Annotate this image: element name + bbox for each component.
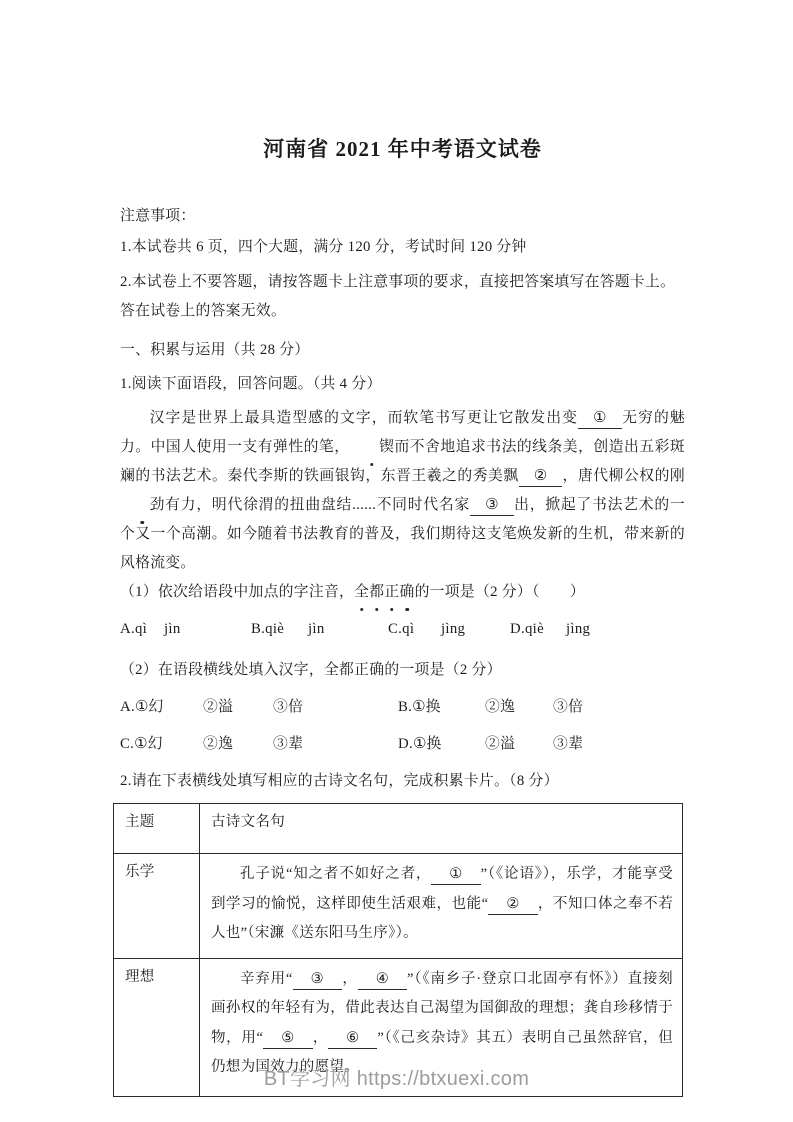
- option-c-label: C.qì: [388, 615, 441, 644]
- blank-underline: ③: [293, 969, 342, 990]
- blank-underline: ⑤: [263, 1028, 312, 1049]
- option-a2: ②溢: [203, 693, 273, 722]
- question1-intro: 1.阅读下面语段，回答问题。（共 4 分）: [120, 370, 685, 399]
- option-d2: ②溢: [485, 730, 553, 759]
- accumulation-card-table: 主题 古诗文名句 乐学 孔子说“知之者不如好之者，①”（《论语》），乐学，才能享…: [113, 803, 683, 1097]
- content-cell: 孔子说“知之者不如好之者，①”（《论语》），乐学，才能享受到学习的愉悦，这样即使…: [200, 854, 683, 959]
- notice-item-1: 1.本试卷共 6 页，四个大题，满分 120 分，考试时间 120 分钟: [120, 233, 685, 262]
- emphasis-dot-char: 劲: [120, 491, 165, 520]
- page-title: 河南省 2021 年中考语文试卷: [120, 136, 685, 162]
- option-c-pinyin2: jìng: [441, 615, 510, 644]
- watermark-site-link: BT学习网 https://btxuexi.com: [0, 1062, 793, 1091]
- blank-underline: ②: [519, 466, 563, 487]
- table-row: 乐学 孔子说“知之者不如好之者，①”（《论语》），乐学，才能享受到学习的愉悦，这…: [114, 854, 683, 959]
- option-b1: B.①换: [398, 693, 485, 722]
- option-b-label: B.qiè: [251, 615, 308, 644]
- question1-2-prompt: （2）在语段横线处填入汉字，全都正确的一项是（2 分）: [120, 656, 685, 685]
- option-a-pinyin2: jìn: [164, 615, 251, 644]
- theme-cell: 乐学: [114, 854, 200, 959]
- blank-underline: ③: [470, 495, 514, 516]
- question1-2-options-row1: A.①幻 ②溢 ③倍 B.①换 ②逸 ③倍: [120, 693, 685, 722]
- option-b2: ②逸: [485, 693, 553, 722]
- option-a3: ③倍: [273, 693, 398, 722]
- option-d3: ③辈: [553, 730, 685, 759]
- option-a1: A.①幻: [120, 693, 203, 722]
- question1-1-prompt: （1）依次给语段中加点的字注音，全都正确的一项是（2 分）（ ）: [120, 578, 685, 607]
- header-theme: 主题: [114, 804, 200, 854]
- option-b-pinyin2: jìn: [308, 615, 388, 644]
- blank-underline: ④: [358, 969, 407, 990]
- question2-intro: 2.请在下表横线处填写相应的古诗文名句，完成积累卡片。（8 分）: [120, 767, 685, 796]
- question1-2-options-row2: C.①幻 ②逸 ③辈 D.①换 ②溢 ③辈: [120, 730, 685, 759]
- emphasis-dot-char: 锲: [350, 433, 395, 462]
- option-c3: ③辈: [273, 730, 398, 759]
- emphasis-dot-char: 都: [369, 578, 384, 607]
- blank-underline: ①: [431, 864, 480, 885]
- option-c1: C.①幻: [120, 730, 203, 759]
- option-c2: ②逸: [203, 730, 273, 759]
- header-famous-lines: 古诗文名句: [200, 804, 683, 854]
- option-d1: D.①换: [398, 730, 485, 759]
- blank-underline: ①: [578, 408, 622, 429]
- reading-passage: 汉字是世界上最具造型感的文字，而软笔书写更让它散发出变①无穷的魅力。中国人使用一…: [120, 404, 685, 578]
- option-a-label: A.qì: [120, 615, 164, 644]
- option-d-pinyin2: jìng: [566, 615, 685, 644]
- notice-heading: 注意事项：: [120, 202, 685, 231]
- section-heading: 一、积累与运用（共 28 分）: [120, 336, 685, 365]
- emphasis-dot-char: 确: [399, 578, 414, 607]
- table-header-row: 主题 古诗文名句: [114, 804, 683, 854]
- blank-underline: ②: [488, 894, 537, 915]
- emphasis-dot-char: 全: [354, 578, 369, 607]
- blank-underline: ⑥: [328, 1028, 377, 1049]
- option-b3: ③倍: [553, 693, 685, 722]
- exam-paper-page: 河南省 2021 年中考语文试卷 注意事项： 1.本试卷共 6 页，四个大题，满…: [0, 0, 793, 1122]
- option-d-label: D.qiè: [510, 615, 566, 644]
- question1-1-options: A.qì jìn B.qiè jìn C.qì jìng D.qiè jìng: [120, 615, 685, 644]
- cell-paragraph: 孔子说“知之者不如好之者，①”（《论语》），乐学，才能享受到学习的愉悦，这样即使…: [211, 860, 673, 949]
- emphasis-dot-char: 正: [384, 578, 399, 607]
- notice-item-2: 2.本试卷上不要答题，请按答题卡上注意事项的要求，直接把答案填写在答题卡上。答在…: [120, 268, 685, 326]
